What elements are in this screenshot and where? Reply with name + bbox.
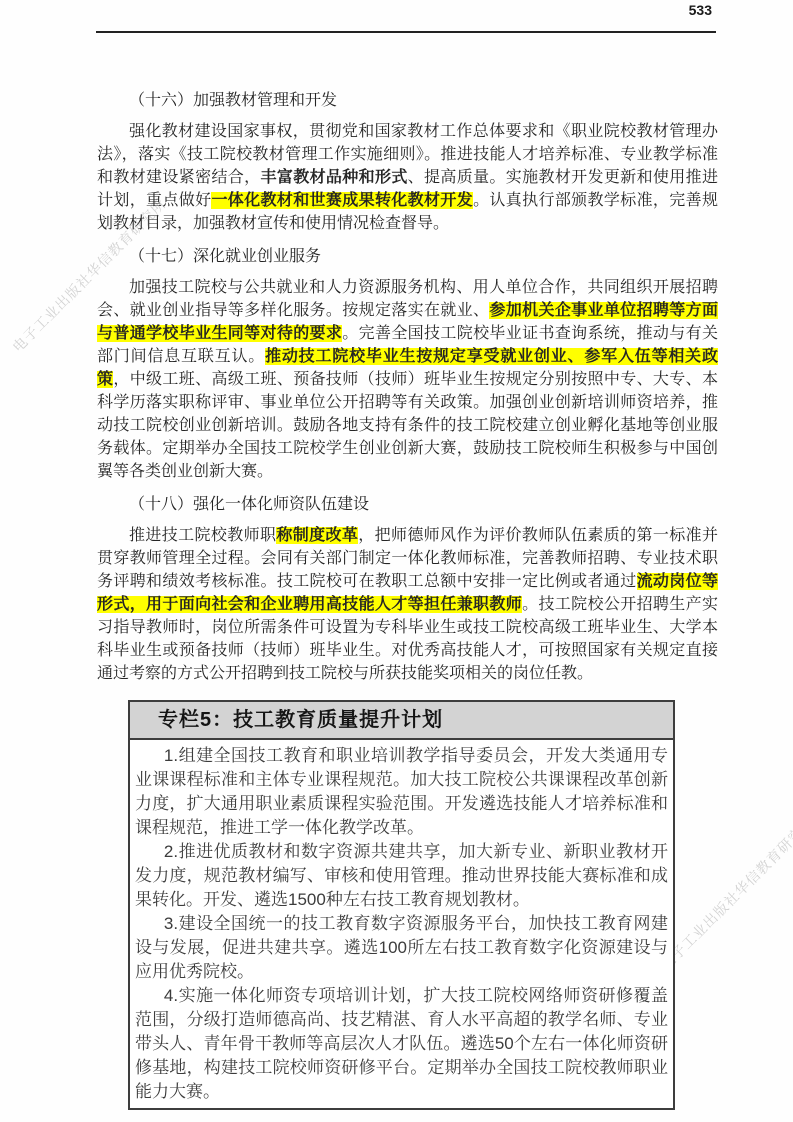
paragraph: 强化教材建设国家事权，贯彻党和国家教材工作总体要求和《职业院校教材管理办法》，落… [97,120,718,235]
column-item: 1.组建全国技工教育和职业培训教学指导委员会，开发大类通用专业课课程标准和主体专… [135,744,668,840]
document-page: 533 电子工业出版社华信教育研究所 电子工业出版社华信教育研究所 （十六）加强… [0,0,793,1122]
watermark: 电子工业出版社华信教育研究所 [656,805,793,973]
section-heading: （十七）深化就业创业服务 [97,245,718,268]
column-box-body: 1.组建全国技工教育和职业培训教学指导委员会，开发大类通用专业课课程标准和主体专… [130,740,673,1108]
column-item: 3.建设全国统一的技工教育数字资源服务平台，加快技工教育网建设与发展，促进共建共… [135,912,668,984]
highlighted-text: 一体化教材和世赛成果转化教材开发 [211,192,473,209]
document-body: （十六）加强教材管理和开发强化教材建设国家事权，贯彻党和国家教材工作总体要求和《… [97,31,718,685]
column-box-header: 专栏5：技工教育质量提升计划 [130,702,673,740]
paragraph: 推进技工院校教师职称制度改革，把师德师风作为评价教师队伍素质的第一标准并贯穿教师… [97,524,718,685]
column-box-title: 专栏5：技工教育质量提升计划 [158,709,443,731]
column-item: 4.实施一体化师资专项培训计划，扩大技工院校网络师资研修覆盖范围，分级打造师德高… [135,984,668,1104]
body-text: 推进技工院校教师职 [129,527,276,544]
section-heading: （十八）强化一体化师资队伍建设 [97,493,718,516]
column-box: 专栏5：技工教育质量提升计划 1.组建全国技工教育和职业培训教学指导委员会，开发… [128,700,675,1110]
bold-text: 丰富教材品种和形式 [261,169,408,186]
highlighted-text: 称制度改革 [276,527,358,544]
body-text: ，中级工班、高级工班、预备技师（技师）班毕业生按规定分别按照中专、大专、本科学历… [97,371,718,480]
page-number: 533 [689,2,712,18]
paragraph: 加强技工院校与公共就业和人力资源服务机构、用人单位合作，共同组织开展招聘会、就业… [97,276,718,483]
section-heading: （十六）加强教材管理和开发 [97,89,718,112]
column-item: 2.推进优质教材和数字资源共建共享，加大新专业、新职业教材开发力度，规范教材编写… [135,840,668,912]
